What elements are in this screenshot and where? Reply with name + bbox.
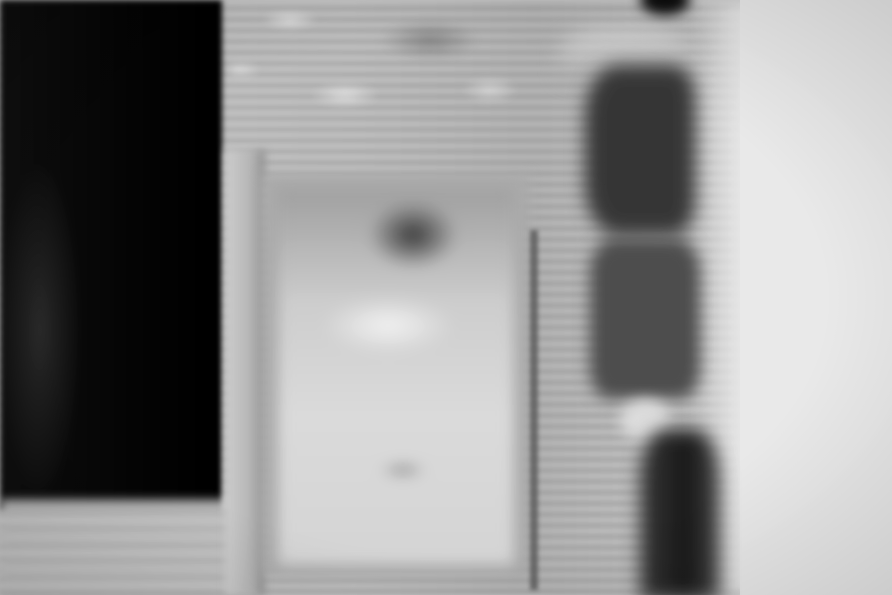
wall-pilaster bbox=[225, 150, 265, 595]
vertical-pipe bbox=[530, 230, 538, 590]
bright-background bbox=[740, 0, 892, 595]
figure-torso bbox=[585, 65, 695, 235]
figure-waist bbox=[590, 240, 700, 400]
framed-panel bbox=[278, 190, 514, 565]
doorway-ledge bbox=[0, 500, 260, 595]
figure-legs bbox=[640, 430, 720, 595]
dark-doorway bbox=[0, 0, 222, 510]
photo-scene: Blurry monochrome photo of a brick wall … bbox=[0, 0, 892, 595]
